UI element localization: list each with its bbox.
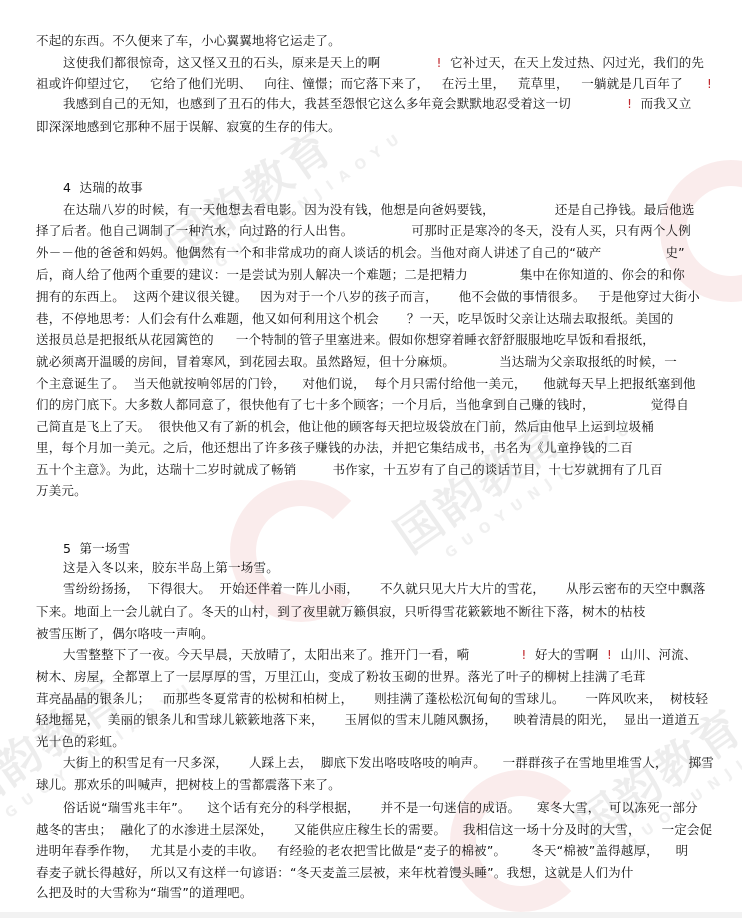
paragraph-line: 下来。地面上一会儿就白了。冬天的山村，到了夜里就万籁俱寂，只听得雪花簌簌地不断往… xyxy=(36,604,646,620)
paragraph-line: 光十色的彩虹。 xyxy=(36,734,125,750)
paragraph-line: 外－－他的爸爸和妈妈。他偶然有一个和非常成功的商人谈话的机会。当他对商人讲述了自… xyxy=(36,245,685,261)
watermark-text-en: GUOYUNJIAOYU xyxy=(442,417,639,562)
section-heading: 5 第一场雪 xyxy=(63,541,130,557)
paragraph-line: 择了后者。他自己调制了一种汽水，向过路的行人出售。可那时正是寒冷的冬天，没有人买… xyxy=(36,223,691,239)
paragraph-line: 个主意诞生了。 当天他就按响邻居的门铃， 对他们说， 每个月只需付给他一美元， … xyxy=(36,376,696,392)
paragraph-line: 拥有的东西上。 这两个建议很关键。 因为对于一个八岁的孩子而言， 他不会做的事情… xyxy=(36,289,700,305)
paragraph-line: 在达瑞八岁的时候，有一天他想去看电影。因为没有钱，他想是向爸妈要钱，还是自己挣钱… xyxy=(63,202,695,218)
paragraph-line: 即深深地感到它那种不屈于误解、寂寞的生存的伟大。 xyxy=(36,119,341,135)
paragraph-line: 万美元。 xyxy=(36,483,87,499)
paragraph-line: 茸亮晶晶的银条儿； 而那些冬夏常青的松树和柏树上， 则挂满了蓬松松沉甸甸的雪球儿… xyxy=(36,691,708,707)
watermark-g-icon xyxy=(450,770,592,912)
paragraph-line: 我感到自己的无知，也感到了丑石的伟大，我甚至怨恨它这么多年竟会默默地忍受着这一切… xyxy=(63,96,691,112)
paragraph-line: 俗话说“瑞雪兆丰年”。 这个话有充分的科学根据， 并不是一句迷信的成语。 寒冬大… xyxy=(63,800,698,816)
page-bottom-strip xyxy=(0,912,742,918)
paragraph-line: 大雪整整下了一夜。今天早晨，天放晴了，太阳出来了。推开门一看，嗬! 好大的雪啊 … xyxy=(63,647,697,663)
paragraph-line: 不起的东西。不久便来了车，小心翼翼地将它运走了。 xyxy=(36,33,341,49)
paragraph-line: 树木、房屋，全都罩上了一层厚厚的雪，万里江山，变成了粉妆玉砌的世界。落光了叶子的… xyxy=(36,669,646,685)
paragraph-line: 送报员总是把报纸从花园篱笆的一个特制的管子里塞进来。假如你想穿着睡衣舒舒服服地吃… xyxy=(36,332,655,348)
paragraph-line: 后，商人给了他两个重要的建议：一是尝试为别人解决一个难题；二是把精力集中在你知道… xyxy=(36,267,685,283)
paragraph-line: 进明年春季作物， 尤其是小麦的丰收。 有经验的老农把雪比做是“麦子的棉被”。 冬… xyxy=(36,843,688,859)
paragraph-line: 球儿。那欢乐的叫喊声，把树枝上的雪都震落下来了。 xyxy=(36,777,341,793)
paragraph-line: 雪纷纷扬扬， 下得很大。 开始还伴着一阵儿小雨， 不久就只见大片大片的雪花， 从… xyxy=(63,581,706,597)
paragraph-line: 巷，不停地思考：人们会有什么难题，他又如何利用这个机会？一天，吃早饭时父亲让达瑞… xyxy=(36,311,674,327)
paragraph-line: 就必须离开温暖的房间，冒着寒风，到花园去取。虽然路短，但十分麻烦。当达瑞为父亲取… xyxy=(36,354,677,370)
paragraph-line: 里，每个月加一美元。之后，他还想出了许多孩子赚钱的办法，并把它集结成书，书名为《… xyxy=(36,440,633,456)
watermark-g-icon xyxy=(230,480,372,622)
paragraph-line: 们的房门底下。大多数人都同意了，很快他有了七十多个顾客；一个月后，当他拿到自己赚… xyxy=(36,397,689,413)
paragraph-line: 轻地摇晃， 美丽的银条儿和雪球儿簌簌地落下来， 玉屑似的雪末儿随风飘扬， 映着清… xyxy=(36,712,700,728)
paragraph-line: 祖或许仰望过它， 它给了他们光明、 向往、憧憬；而它落下来了， 在污土里， 荒草… xyxy=(36,76,712,92)
paragraph-line: 越冬的害虫； 融化了的水渗进土层深处， 又能供应庄稼生长的需要。 我相信这一场十… xyxy=(36,822,712,838)
paragraph-line: 被雪压断了，偶尔咯吱一声响。 xyxy=(36,626,214,642)
paragraph-line: 这是入冬以来，胶东半岛上第一场雪。 xyxy=(63,560,279,576)
paragraph-line: 五十个主意》。为此，达瑞十二岁时就成了畅销书作家，十五岁有了自己的谈话节目，十七… xyxy=(36,462,663,478)
paragraph-line: 己简直是飞上了天。 很快他又有了新的机会，他让他的顾客每天把垃圾袋放在门前，然后… xyxy=(36,419,654,435)
paragraph-line: 这使我们都很惊奇，这又怪又丑的石头，原来是天上的啊! 它补过天，在天上发过热、闪… xyxy=(63,55,704,71)
paragraph-line: 么把及时的大雪称为“瑞雪”的道理吧。 xyxy=(36,885,253,901)
paragraph-line: 春麦子就长得越好，所以又有这样一句谚语：“冬天麦盖三层被，来年枕着馒头睡”。我想… xyxy=(36,865,634,881)
exclamation-mark: ! xyxy=(707,76,712,91)
paragraph-line: 大街上的积雪足有一尺多深， 人踩上去， 脚底下发出咯吱咯吱的响声。 一群群孩子在… xyxy=(63,755,714,771)
section-heading: 4 达瑞的故事 xyxy=(63,180,143,196)
